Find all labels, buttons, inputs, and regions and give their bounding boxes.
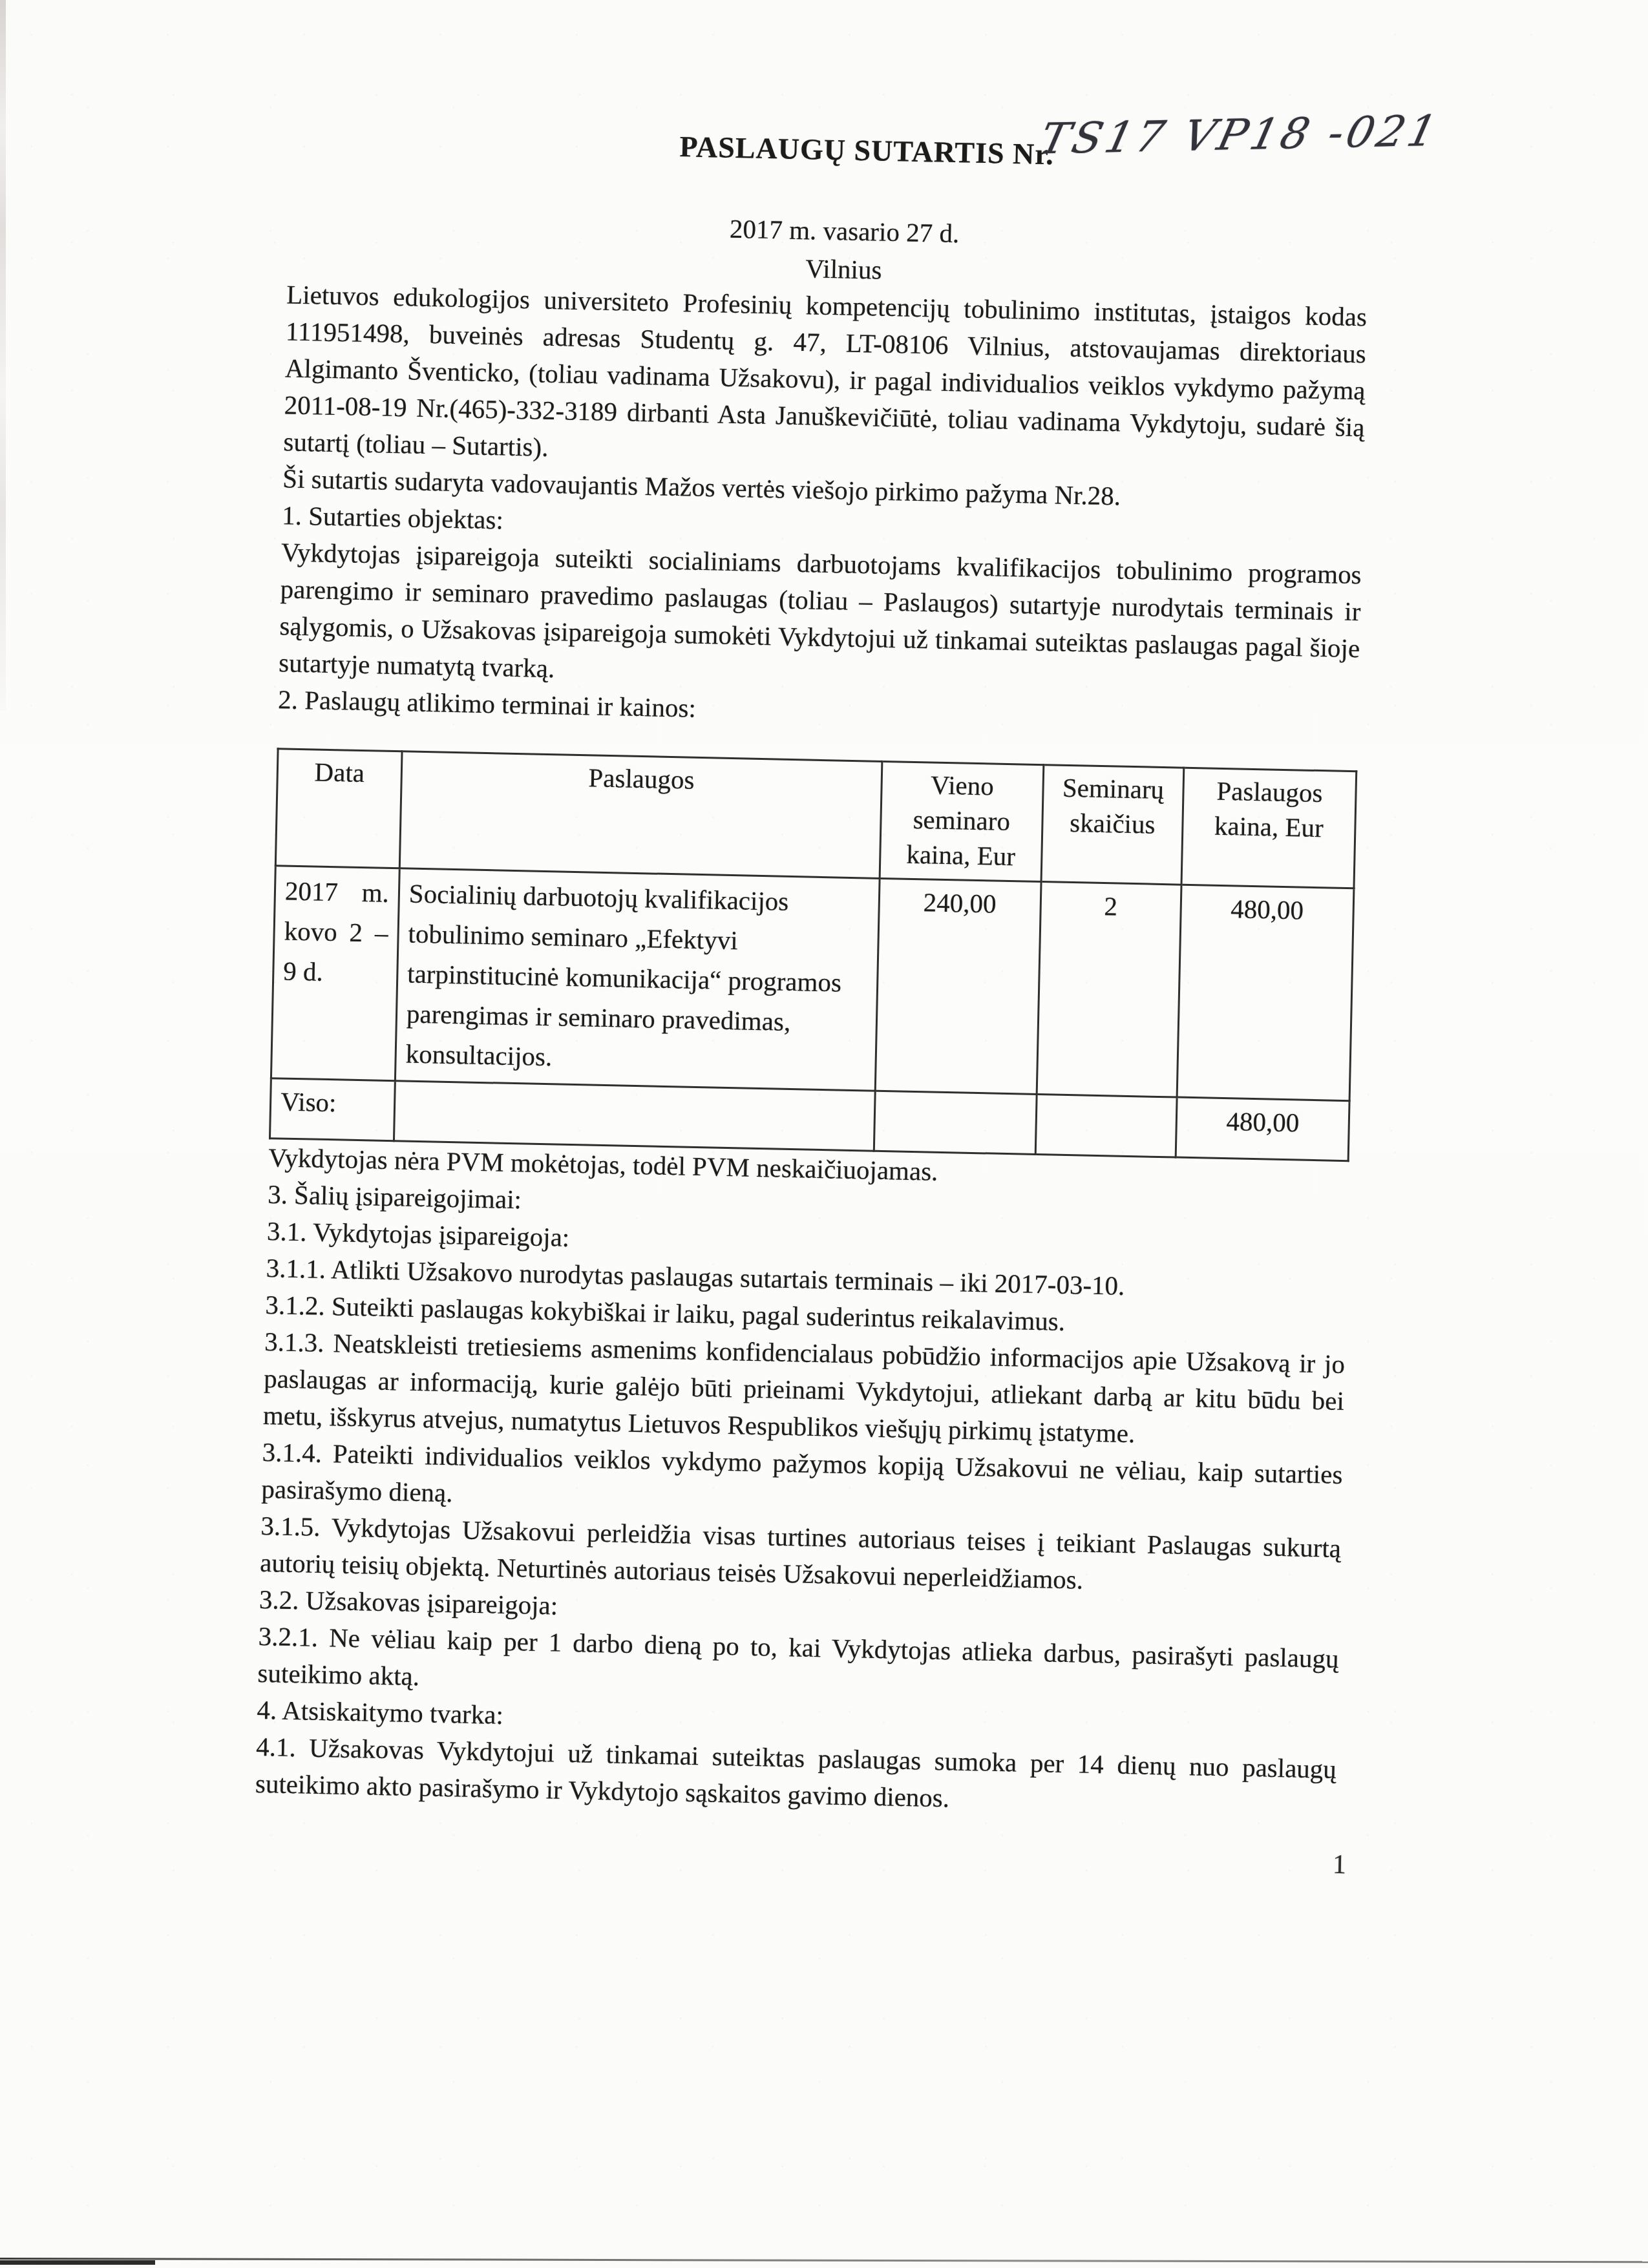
header-services: Paslaugos <box>399 751 882 879</box>
scan-artifact-bottom-dark-segment <box>0 2260 155 2265</box>
section1-body: Vykdytojas įsipareigoja suteikti sociali… <box>279 534 1362 704</box>
cell-service: Socialinių darbuotojų kvalifikacijos tob… <box>395 868 879 1091</box>
cell-date: 2017 m. kovo 2 – 9 d. <box>271 866 399 1081</box>
header-seminar-count: Seminarų skaičius <box>1041 765 1184 885</box>
document-body: Lietuvos edukologijos universiteto Profe… <box>255 276 1367 1824</box>
cell-empty-1 <box>394 1081 874 1151</box>
clause-3-1-3: 3.1.3. Neatskleisti tretiesiems asmenims… <box>262 1323 1345 1456</box>
cell-empty-2 <box>874 1091 1037 1154</box>
header-data: Data <box>275 749 402 868</box>
scan-artifact-bottom-line <box>0 2258 1648 2263</box>
intro-paragraph: Lietuvos edukologijos universiteto Profe… <box>283 276 1368 483</box>
page-number: 1 <box>1332 1849 1346 1880</box>
contract-number-handwritten: TS17 VP18 -021 <box>1037 112 1443 157</box>
cell-empty-3 <box>1035 1095 1177 1158</box>
cell-total-price: 480,00 <box>1177 885 1354 1101</box>
table-row: 2017 m. kovo 2 – 9 d. Socialinių darbuot… <box>271 866 1354 1101</box>
header-total-price: Paslaugos kaina, Eur <box>1181 768 1357 888</box>
document-content: PASLAUGŲ SUTARTIS Nr. TS17 VP18 -021 201… <box>0 0 1648 1831</box>
title-row: PASLAUGŲ SUTARTIS Nr. TS17 VP18 -021 <box>4 114 1648 187</box>
table-header-row: Data Paslaugos Vieno seminaro kaina, Eur… <box>275 749 1356 888</box>
cell-total-label: Viso: <box>269 1078 395 1141</box>
header-unit-price: Vieno seminaro kaina, Eur <box>880 761 1044 881</box>
cell-seminar-count: 2 <box>1037 882 1181 1097</box>
services-price-table: Data Paslaugos Vieno seminaro kaina, Eur… <box>269 748 1357 1162</box>
scanned-contract-page: PASLAUGŲ SUTARTIS Nr. TS17 VP18 -021 201… <box>0 0 1648 2268</box>
cell-unit-price: 240,00 <box>875 878 1041 1094</box>
document-title: PASLAUGŲ SUTARTIS Nr. <box>679 128 1055 173</box>
cell-total-value: 480,00 <box>1176 1097 1349 1161</box>
